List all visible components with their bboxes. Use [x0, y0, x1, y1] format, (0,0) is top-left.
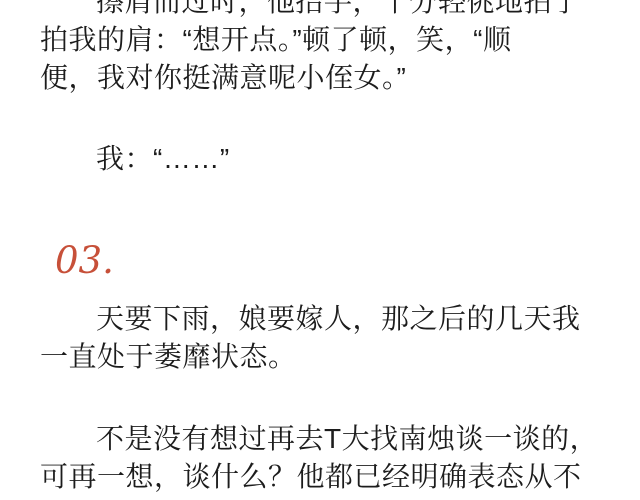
paragraph-dialogue: 擦肩而过时，他抬手，十分轻佻地拍了 拍我的肩：“想开点。”顿了顿，笑，“顺 便，…: [40, 0, 612, 97]
novel-text-page: 擦肩而过时，他抬手，十分轻佻地拍了 拍我的肩：“想开点。”顿了顿，笑，“顺 便，…: [0, 0, 640, 500]
paragraph-talk: 不是没有想过再去T大找南烛谈一谈的， 可再一想，谈什么？他都已经明确表态从不: [40, 420, 612, 496]
paragraph-me: 我：“……”: [40, 140, 612, 178]
paragraph-rain: 天要下雨，娘要嫁人，那之后的几天我 一直处于萎靡状态。: [40, 300, 612, 376]
text-line: 一直处于萎靡状态。: [40, 338, 612, 376]
section-number: 03.: [55, 242, 114, 280]
text-line: 擦肩而过时，他抬手，十分轻佻地拍了: [40, 0, 612, 21]
text-line: 不是没有想过再去T大找南烛谈一谈的，: [40, 420, 612, 458]
text-line: 便，我对你挺满意呢小侄女。”: [40, 59, 612, 97]
text-line: 拍我的肩：“想开点。”顿了顿，笑，“顺: [40, 21, 612, 59]
text-line: 我：“……”: [40, 140, 612, 178]
text-line: 天要下雨，娘要嫁人，那之后的几天我: [40, 300, 612, 338]
text-line: 可再一想，谈什么？他都已经明确表态从不: [40, 458, 612, 496]
